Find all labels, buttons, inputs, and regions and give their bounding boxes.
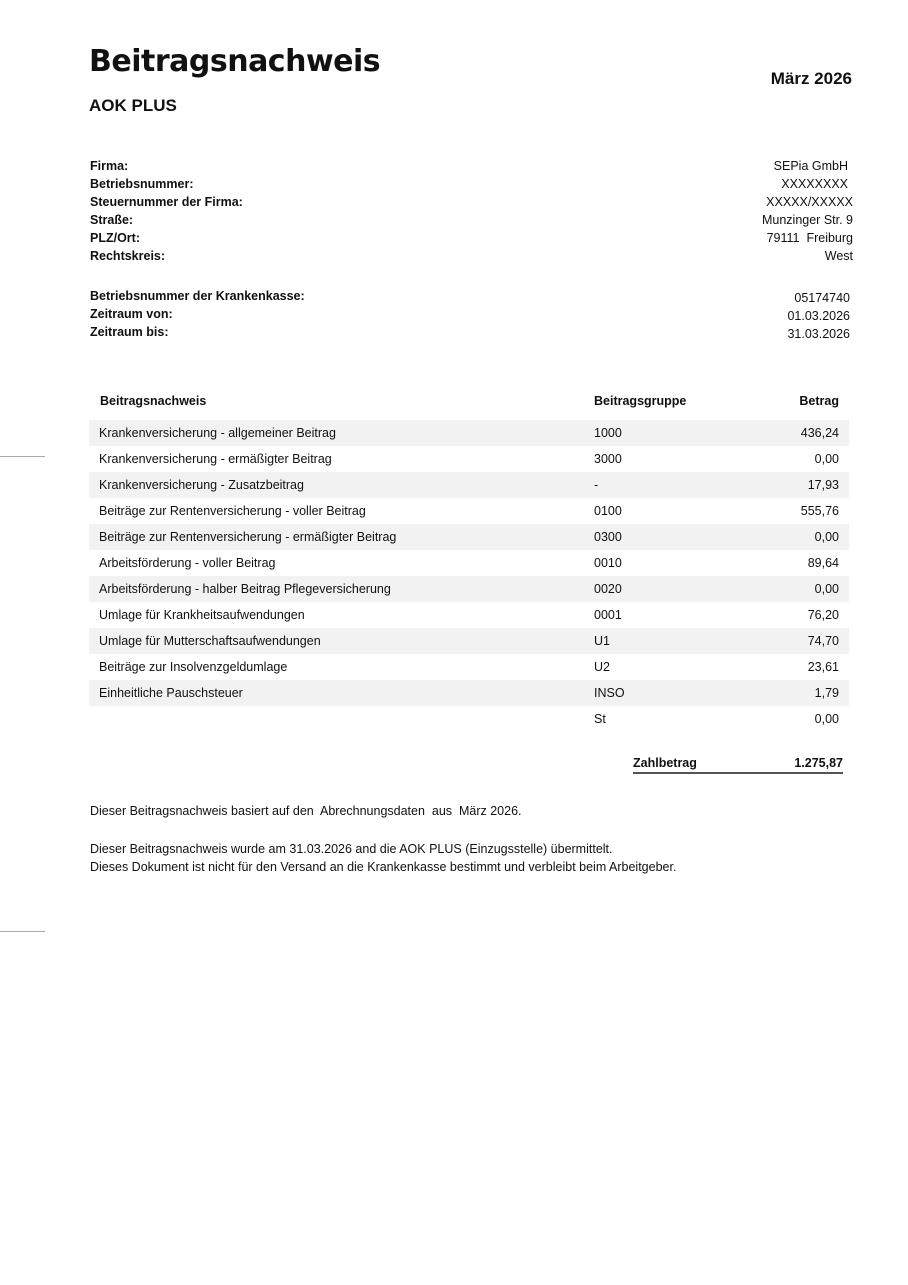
row-amount: 436,24 [801, 420, 839, 446]
row-description: Beiträge zur Rentenversicherung - voller… [99, 498, 366, 524]
insurer-info: Betriebsnummer der Krankenkasse: 0517474… [90, 287, 853, 341]
field-value: 31.03.2026 [787, 325, 850, 343]
field-label: Betriebsnummer der Krankenkasse: [90, 287, 305, 305]
table-row: Beiträge zur InsolvenzgeldumlageU223,61 [89, 654, 849, 680]
row-amount: 23,61 [808, 654, 839, 680]
table-row: Beiträge zur Rentenversicherung - ermäßi… [89, 524, 849, 550]
contribution-table: Beitragsnachweis Beitragsgruppe Betrag K… [89, 388, 849, 732]
row-group: INSO [594, 680, 625, 706]
document-title: Beitragsnachweis [89, 42, 380, 82]
field-value: SEPia GmbH [774, 157, 848, 175]
table-row: Arbeitsförderung - halber Beitrag Pflege… [89, 576, 849, 602]
field-value: XXXXXXXX [781, 175, 848, 193]
table-row: Krankenversicherung - Zusatzbeitrag-17,9… [89, 472, 849, 498]
row-amount: 17,93 [808, 472, 839, 498]
field-value: West [825, 247, 853, 265]
row-description: Krankenversicherung - ermäßigter Beitrag [99, 446, 332, 472]
table-row: St0,00 [89, 706, 849, 732]
row-amount: 74,70 [808, 628, 839, 654]
row-description: Arbeitsförderung - voller Beitrag [99, 550, 275, 576]
row-amount: 0,00 [815, 706, 839, 732]
table-header: Beitragsnachweis Beitragsgruppe Betrag [89, 388, 849, 414]
jurisdiction-row: Rechtskreis: West [90, 247, 853, 265]
row-description: Umlage für Krankheitsaufwendungen [99, 602, 305, 628]
row-description: Beiträge zur Insolvenzgeldumlage [99, 654, 287, 680]
column-header-amount: Betrag [799, 388, 839, 414]
note-basis: Dieser Beitragsnachweis basiert auf den … [90, 802, 522, 820]
total-amount: Zahlbetrag 1.275,87 [633, 754, 843, 774]
fold-mark-top [0, 456, 45, 457]
company-info: Firma: SEPia GmbH Betriebsnummer: XXXXXX… [90, 157, 853, 265]
row-amount: 0,00 [815, 576, 839, 602]
row-description: Arbeitsförderung - halber Beitrag Pflege… [99, 576, 391, 602]
company-name-row: Firma: SEPia GmbH [90, 157, 853, 175]
field-value: XXXXX/XXXXX [766, 193, 853, 211]
field-value: 79111 Freiburg [767, 229, 853, 247]
field-label: Zeitraum bis: [90, 323, 169, 341]
row-group: St [594, 706, 606, 732]
table-row: Einheitliche PauschsteuerINSO1,79 [89, 680, 849, 706]
period-to-row: Zeitraum bis: 31.03.2026 [90, 323, 853, 341]
row-amount: 555,76 [801, 498, 839, 524]
column-header-group: Beitragsgruppe [594, 388, 686, 414]
row-group: 3000 [594, 446, 622, 472]
row-amount: 76,20 [808, 602, 839, 628]
report-period: März 2026 [771, 68, 852, 90]
insurer-name: AOK PLUS [89, 95, 177, 117]
table-row: Umlage für Krankheitsaufwendungen000176,… [89, 602, 849, 628]
street-row: Straße: Munzinger Str. 9 [90, 211, 853, 229]
period-from-row: Zeitraum von: 01.03.2026 [90, 305, 853, 323]
row-description: Beiträge zur Rentenversicherung - ermäßi… [99, 524, 396, 550]
row-amount: 89,64 [808, 550, 839, 576]
city-row: PLZ/Ort: 79111 Freiburg [90, 229, 853, 247]
field-label: Rechtskreis: [90, 247, 165, 265]
fold-mark-bottom [0, 931, 45, 932]
table-row: Umlage für MutterschaftsaufwendungenU174… [89, 628, 849, 654]
row-description: Einheitliche Pauschsteuer [99, 680, 243, 706]
note-retention: Dieses Dokument ist nicht für den Versan… [90, 858, 676, 876]
row-group: U2 [594, 654, 610, 680]
row-amount: 0,00 [815, 524, 839, 550]
table-row: Krankenversicherung - allgemeiner Beitra… [89, 420, 849, 446]
row-amount: 0,00 [815, 446, 839, 472]
field-label: Betriebsnummer: [90, 175, 194, 193]
note-transmission: Dieser Beitragsnachweis wurde am 31.03.2… [90, 840, 613, 858]
row-description: Krankenversicherung - allgemeiner Beitra… [99, 420, 336, 446]
company-number-row: Betriebsnummer: XXXXXXXX [90, 175, 853, 193]
field-label: Steuernummer der Firma: [90, 193, 243, 211]
insurer-number-row: Betriebsnummer der Krankenkasse: 0517474… [90, 287, 853, 305]
column-header-description: Beitragsnachweis [100, 388, 206, 414]
field-label: PLZ/Ort: [90, 229, 140, 247]
table-row: Beiträge zur Rentenversicherung - voller… [89, 498, 849, 524]
row-group: 0010 [594, 550, 622, 576]
total-value: 1.275,87 [794, 754, 843, 772]
table-body: Krankenversicherung - allgemeiner Beitra… [89, 420, 849, 732]
total-label: Zahlbetrag [633, 754, 697, 772]
row-amount: 1,79 [815, 680, 839, 706]
row-group: 1000 [594, 420, 622, 446]
table-row: Krankenversicherung - ermäßigter Beitrag… [89, 446, 849, 472]
table-row: Arbeitsförderung - voller Beitrag001089,… [89, 550, 849, 576]
row-group: 0300 [594, 524, 622, 550]
field-label: Firma: [90, 157, 128, 175]
row-description: Umlage für Mutterschaftsaufwendungen [99, 628, 321, 654]
field-label: Zeitraum von: [90, 305, 173, 323]
row-group: - [594, 472, 598, 498]
row-group: 0020 [594, 576, 622, 602]
row-group: U1 [594, 628, 610, 654]
row-group: 0001 [594, 602, 622, 628]
row-description: Krankenversicherung - Zusatzbeitrag [99, 472, 304, 498]
tax-number-row: Steuernummer der Firma: XXXXX/XXXXX [90, 193, 853, 211]
field-label: Straße: [90, 211, 133, 229]
field-value: Munzinger Str. 9 [762, 211, 853, 229]
row-group: 0100 [594, 498, 622, 524]
